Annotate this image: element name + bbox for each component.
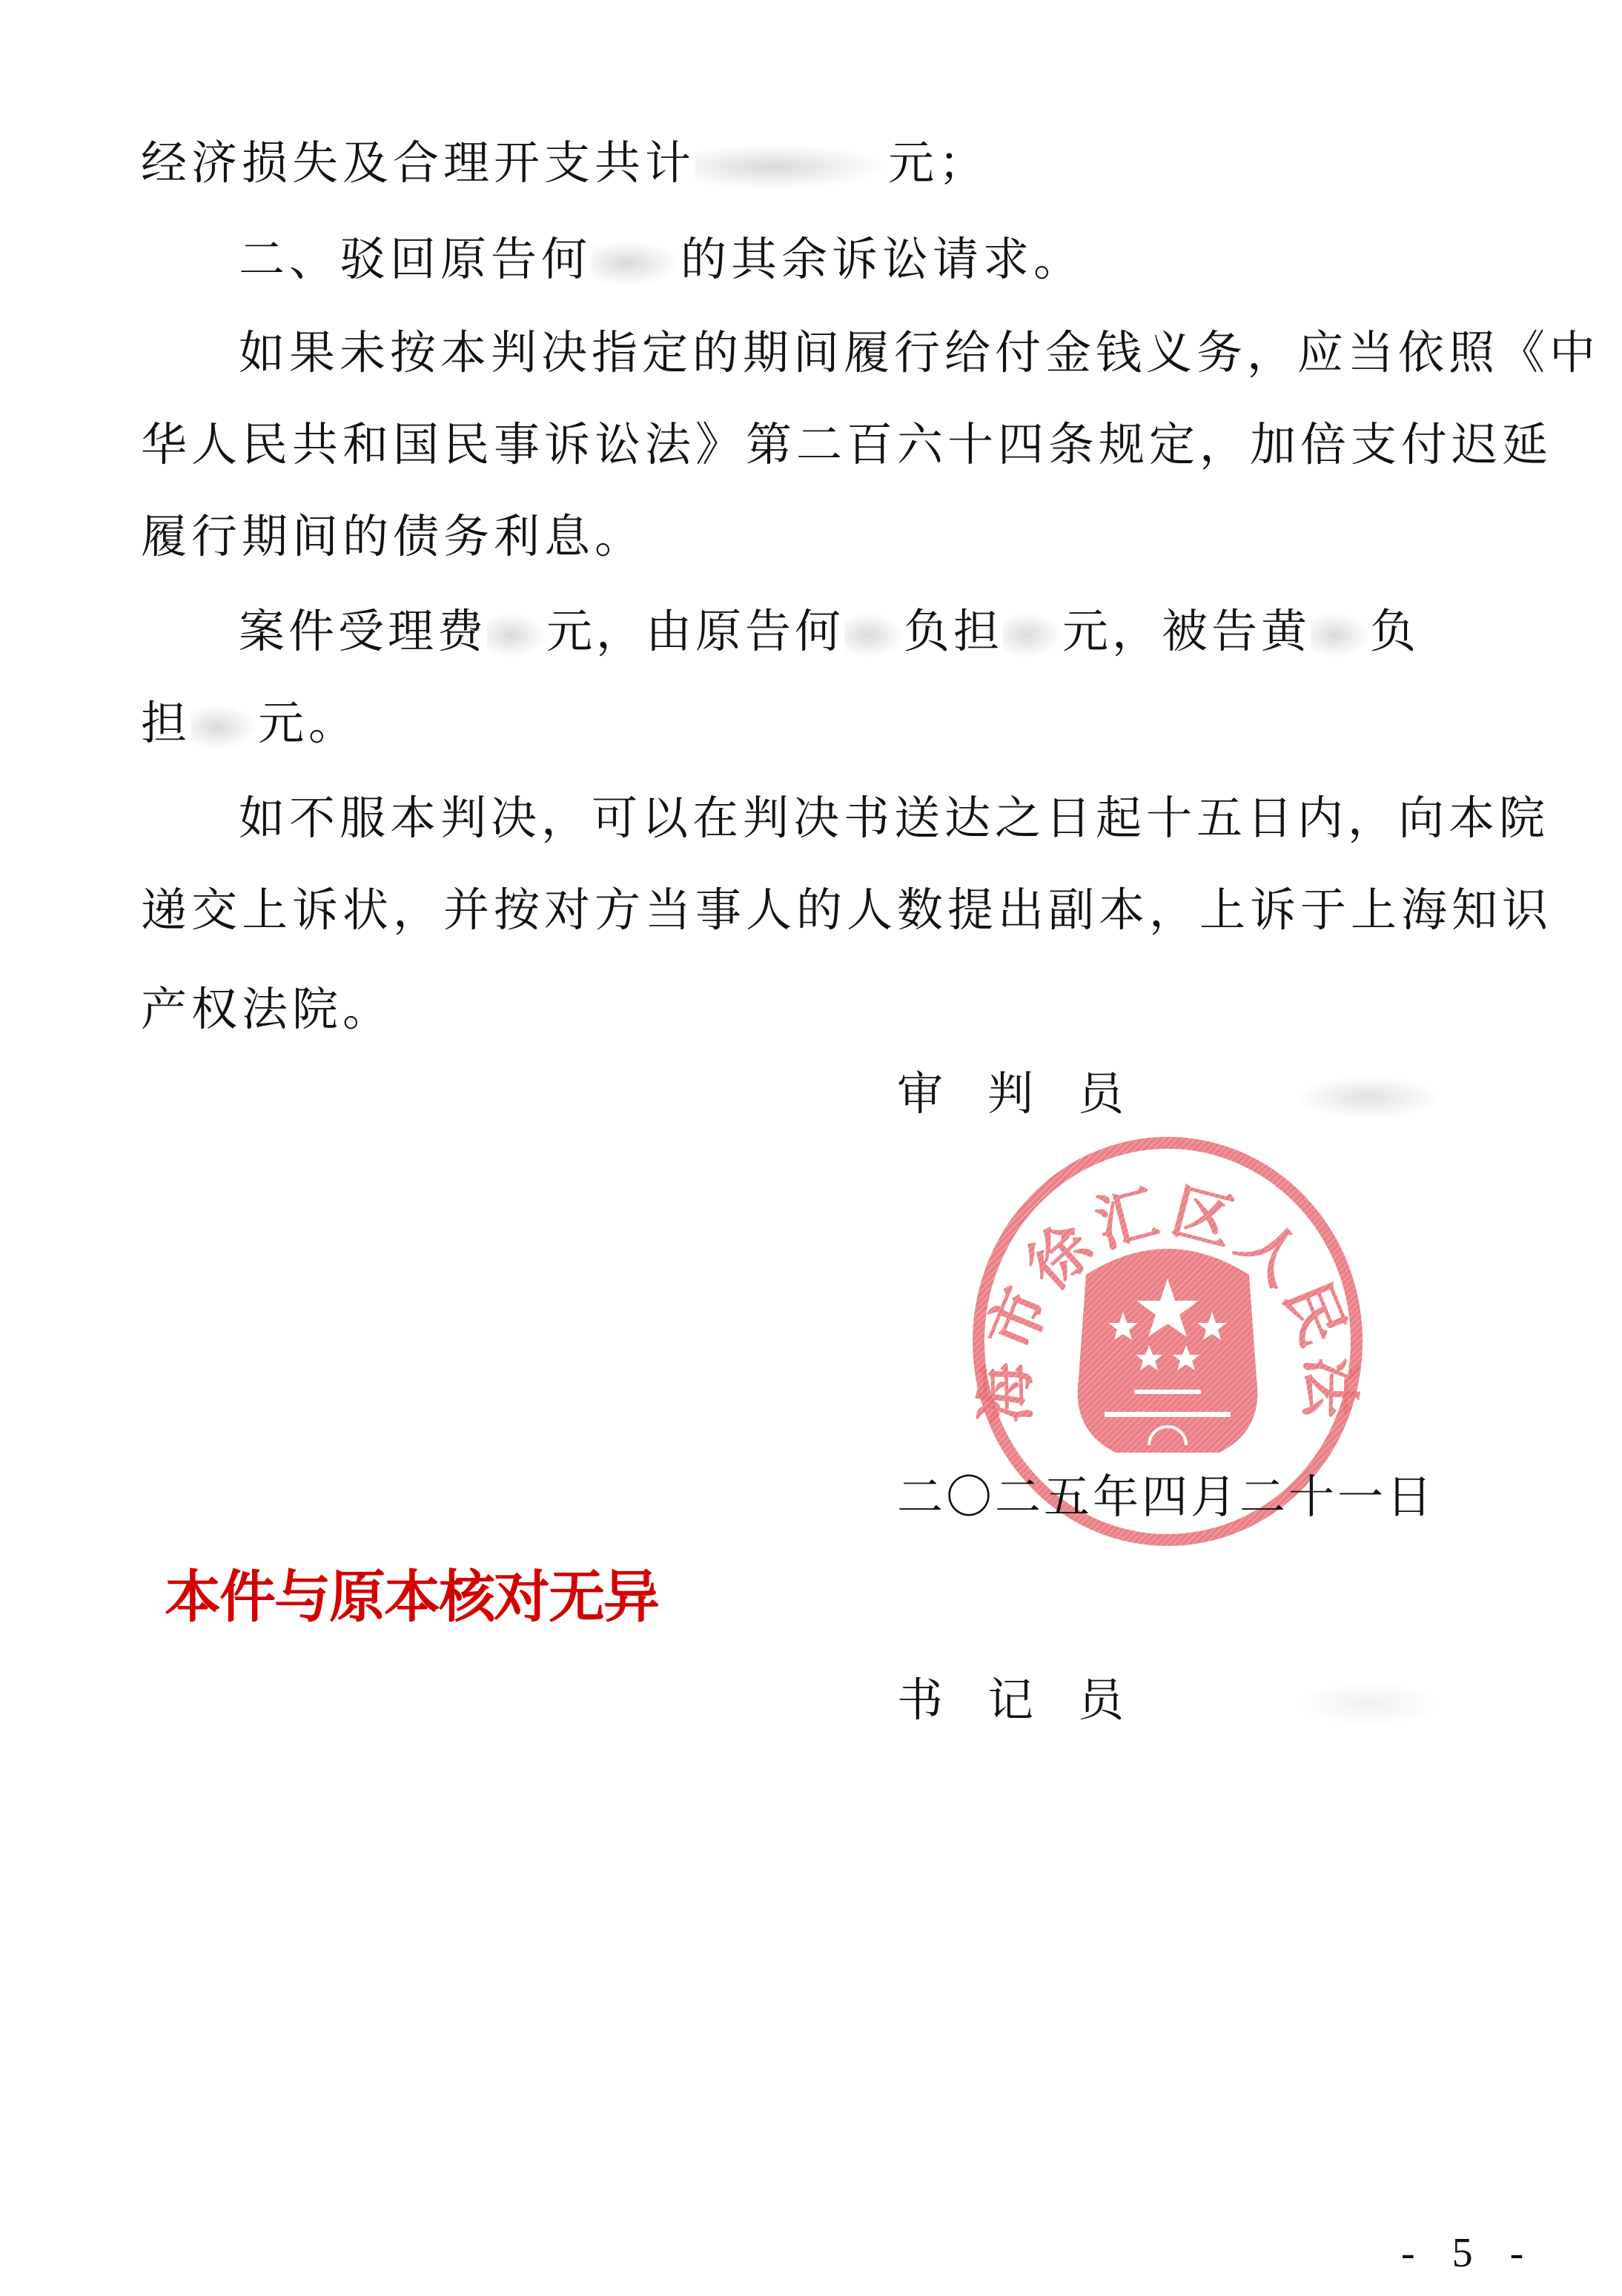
redacted-name <box>1311 612 1370 658</box>
paragraph-line: 二、驳回原告何的其余诉讼请求。 <box>239 233 1535 286</box>
paragraph-line: 如不服本判决，可以在判决书送达之日起十五日内，向本院 <box>239 792 1535 845</box>
text: 案件受理费 <box>239 604 487 658</box>
clerk-signature-line: 书记员 <box>897 1673 1443 1727</box>
redacted-amount <box>191 704 258 750</box>
paragraph-line: 案件受理费元，由原告何负担元，被告黄负 <box>239 605 1535 658</box>
redacted-amount <box>487 612 546 658</box>
redacted-judge-name <box>1294 1075 1443 1120</box>
paragraph-line: 担元。 <box>141 697 1535 750</box>
redacted-amount <box>695 144 888 190</box>
paragraph-line: 华人民共和国民事诉讼法》第二百六十四条规定，加倍支付迟延 <box>141 418 1535 471</box>
page-number: - 5 - <box>1401 2231 1537 2275</box>
text: 元，由原告何 <box>546 604 844 658</box>
text: 经济损失及合理开支共计 <box>141 136 695 190</box>
clerk-label: 书记员 <box>897 1673 1168 1727</box>
text: 的其余诉讼请求。 <box>681 232 1084 286</box>
paragraph-line: 经济损失及合理开支共计元； <box>141 136 1535 190</box>
paragraph-line: 如果未按本判决指定的期间履行给付金钱义务，应当依照《中 <box>239 326 1535 379</box>
text: 元，被告黄 <box>1062 604 1311 658</box>
text: 负 <box>1370 604 1420 658</box>
text: 负担 <box>904 604 1003 658</box>
paragraph-line: 产权法院。 <box>141 983 1535 1036</box>
paragraph-line: 履行期间的债务利息。 <box>141 510 1535 563</box>
paragraph-line: 递交上诉状，并按对方当事人的人数提出副本，上诉于上海知识 <box>141 883 1535 937</box>
redacted-name <box>844 612 904 658</box>
redacted-amount <box>1003 612 1062 658</box>
judge-signature-line: 审判员 <box>897 1067 1443 1121</box>
text: 二、驳回原告何 <box>239 232 592 286</box>
judgment-date: 二〇二五年四月二十一日 <box>897 1470 1435 1524</box>
certification-stamp: 本件与原本核对无异 <box>165 1564 658 1630</box>
redacted-clerk-name <box>1294 1682 1443 1726</box>
text: 担 <box>141 696 191 750</box>
text: 元； <box>888 136 989 190</box>
text: 元。 <box>258 696 359 750</box>
redacted-name <box>592 240 681 286</box>
judge-label: 审判员 <box>897 1066 1168 1121</box>
